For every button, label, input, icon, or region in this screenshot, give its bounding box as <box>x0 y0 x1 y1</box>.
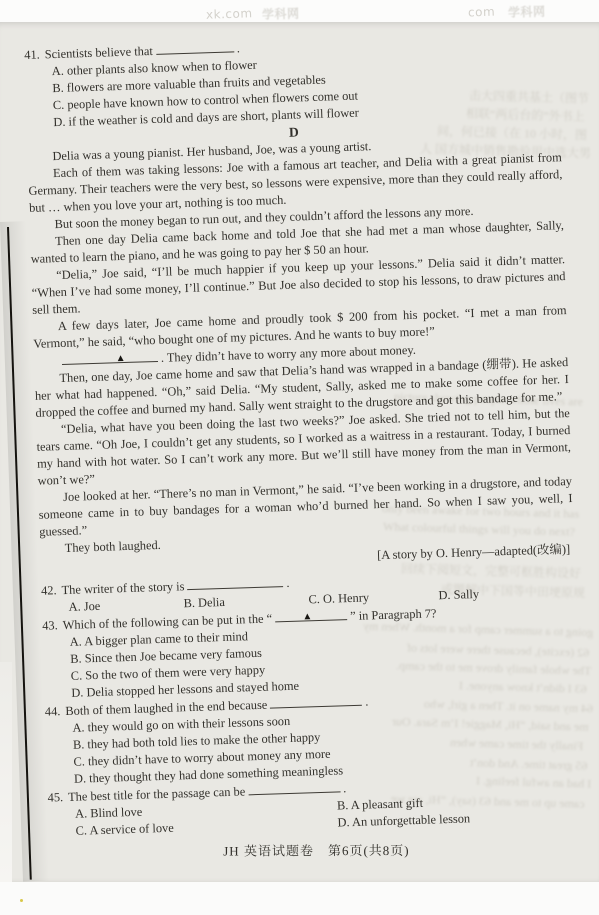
answer-blank <box>248 779 340 795</box>
exam-content: 41.Scientists believe that. A. other pla… <box>24 29 584 867</box>
stem-punctuation: . <box>343 781 347 795</box>
question-number: 44. <box>45 704 61 718</box>
question-number: 45. <box>47 790 63 804</box>
answer-blank <box>270 693 362 709</box>
answer-blank <box>155 39 233 54</box>
question-number: 41. <box>24 48 40 62</box>
watermark-logo-right: 学科网 <box>508 2 546 20</box>
question-41: 41.Scientists believe that. A. other pla… <box>24 29 560 132</box>
question-44: 44.Both of them laughed in the end becau… <box>45 686 581 789</box>
scan-speck <box>20 899 23 902</box>
paper-sheet: 击大四重共基土（图节 相联“两后台的”外书上 间，何已接（在 10 小时，图 人… <box>0 22 599 882</box>
watermark-url-right: com <box>468 5 496 20</box>
triangle-blank-marker: ▲ <box>302 612 312 622</box>
question-43: 43.Which of the following can be put in … <box>42 600 578 703</box>
stem-punctuation: . <box>237 41 241 55</box>
option-d: D. Sally <box>438 586 479 604</box>
answer-blank <box>187 574 283 590</box>
page-footer: JH 英语试题卷 第6页(共8页) <box>49 841 583 860</box>
reading-passage: Delia was a young pianist. Her husband, … <box>27 132 574 575</box>
page-edge <box>0 662 12 882</box>
question-number: 43. <box>42 618 58 632</box>
stem-text: The writer of the story is <box>61 579 184 597</box>
question-number: 42. <box>41 583 57 597</box>
watermark-url-left: xk.com <box>206 6 253 22</box>
answer-blank: ▲ <box>275 607 347 622</box>
stem-text-after: ” in Paragraph 7? <box>350 606 437 623</box>
triangle-blank-marker: ▲ <box>91 354 126 365</box>
stem-punctuation: . <box>286 576 290 590</box>
watermark-logo-left: 学科网 <box>262 4 300 22</box>
answer-blank: ▲ <box>62 349 158 365</box>
stem-punctuation: . <box>365 695 369 709</box>
stem-text: Scientists believe that <box>45 44 153 61</box>
scan-white-margin-top: xk.com 学科网 com 学科网 <box>0 0 599 22</box>
